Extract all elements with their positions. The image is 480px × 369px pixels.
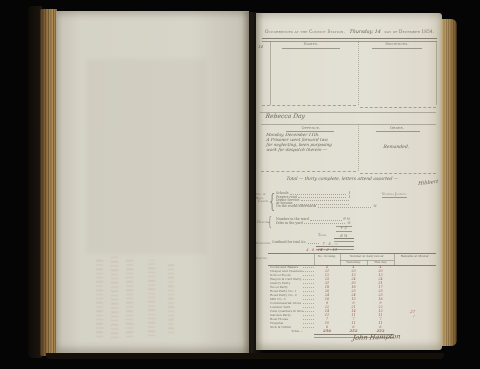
- totals-yesterday: 252: [340, 328, 367, 333]
- dotted-leader: [310, 220, 341, 221]
- ledger-photograph: Occurrences at the Convict Station, Thur…: [0, 0, 480, 369]
- right-margin-rule: [436, 41, 437, 105]
- header-printed-left: Occurrences at the Convict Station,: [265, 29, 345, 34]
- names-column-header: Names.: [286, 42, 336, 46]
- dotted-leader: [303, 287, 314, 288]
- dotted-leader: [303, 267, 314, 268]
- muster-table-body: Cooks and Bakers444Chapel and Cleaners21…: [268, 265, 436, 329]
- accounts-group1: Schools1 Prayers read1 Divine Service At…: [276, 192, 350, 208]
- accounts-carry-value: + 3: [340, 226, 347, 230]
- show-through-column: [168, 263, 174, 333]
- page-header: Occurrences at the Convict Station, Thur…: [265, 29, 437, 35]
- accounts-group2: Number in the ward9 ½ Ditto in the yard½: [276, 218, 350, 225]
- show-through-column: [148, 260, 155, 336]
- brace-icon: {: [269, 192, 276, 212]
- offence-column-header: Offence.: [286, 126, 336, 130]
- dotted-leader: [303, 303, 314, 304]
- book-gutter-shadow: [242, 12, 264, 353]
- gang-column-header: No. in Gang.: [314, 255, 340, 258]
- muster-totals-row: Total — 256 252 252: [268, 329, 436, 333]
- account-item-label: Confined for trial &c.: [272, 240, 307, 244]
- dotted-leader: [303, 271, 314, 272]
- dotted-leader: [303, 295, 314, 296]
- account-item-label: Ditto in the yard: [276, 221, 303, 225]
- case-box-bottom-dash-right: [360, 173, 436, 174]
- dotted-leader: [303, 283, 314, 284]
- accounts-sum-rule: [336, 231, 352, 232]
- case-box-divider: [358, 124, 359, 171]
- check-icon: ✓: [412, 314, 415, 318]
- remarks-column-header: Remarks at Muster.: [394, 255, 436, 258]
- book-fore-edge: [441, 19, 457, 346]
- dotted-leader: [290, 194, 346, 195]
- book-page-stack-left: [40, 9, 57, 356]
- today-subheader: This day.: [367, 261, 394, 264]
- summary-line: Total — thirty complete, letters attend …: [286, 177, 398, 182]
- dotted-leader: [303, 319, 314, 320]
- header-handwritten-day: Thursday, 14: [349, 30, 381, 35]
- official-signature: John Hampton: [352, 332, 401, 342]
- dotted-leader: [318, 207, 371, 208]
- totals-label: Total —: [268, 329, 303, 333]
- dotted-leader: [303, 275, 314, 276]
- order-note: Remanded.: [383, 145, 409, 150]
- order-column-header: Order.: [376, 126, 418, 130]
- sentences-header-underline: [372, 48, 422, 49]
- account-item-value: ¼: [373, 204, 377, 208]
- account-item-label: On the works afterwards: [276, 204, 316, 208]
- account-item-value: 1: [348, 195, 351, 199]
- dotted-leader: [303, 279, 314, 280]
- margin-rule: [270, 41, 271, 105]
- offence-line: work for despatch therein —: [266, 147, 328, 152]
- order-header-underline: [376, 131, 420, 132]
- account-item-value: ½: [347, 221, 351, 225]
- brace-icon: {: [268, 216, 272, 229]
- dotted-leader: [303, 327, 314, 328]
- names-header-underline: [282, 48, 340, 49]
- record-box-divider: [358, 41, 359, 105]
- muster-table: No. in Gang. Number at daily labour. Yes…: [268, 253, 436, 335]
- dotted-leader: [303, 307, 314, 308]
- accounts-total-label: Total: [318, 233, 327, 237]
- show-through-column: [126, 257, 133, 337]
- yesterday-subheader: Yesterday.: [340, 261, 367, 264]
- span-column-header: Number at daily labour.: [340, 255, 394, 258]
- header-printed-right: day of December 1854.: [384, 29, 434, 34]
- muster-note-above: 4 . 8 . 41: [306, 248, 322, 252]
- totals-gang: 256: [314, 328, 340, 333]
- record-box-bottom-dash-right: [360, 107, 436, 108]
- accounts-group3: Confined for trial &c.: [272, 241, 320, 244]
- dotted-leader: [301, 200, 349, 201]
- case-box-bottom-dash-left: [261, 171, 356, 172]
- muster-row-label: Sick & Infirm: [268, 325, 303, 329]
- show-through-column: [111, 254, 118, 338]
- book-cover-bottom-edge: [46, 353, 444, 359]
- show-through-column: [96, 257, 103, 337]
- dotted-leader: [298, 197, 346, 198]
- dotted-leader: [308, 243, 318, 244]
- prisoner-name-entry: Rebecca Day: [265, 113, 305, 120]
- show-through-smudge: [86, 59, 206, 254]
- dotted-leader: [304, 223, 345, 224]
- dotted-leader: [303, 299, 314, 300]
- record-box-bottom-dash-left: [262, 105, 356, 106]
- blank-left-page: [56, 11, 249, 353]
- ledger-form-page: Occurrences at the Convict Station, Thur…: [256, 13, 442, 350]
- dotted-leader: [303, 315, 314, 316]
- dotted-leader: [303, 323, 314, 324]
- summary-signature: Hibbert: [418, 179, 438, 187]
- sentences-column-header: Sentences.: [374, 42, 420, 46]
- dotted-leader: [303, 311, 314, 312]
- visiting-justice-label: Visiting Justice.: [382, 192, 407, 198]
- dotted-leader: [303, 291, 314, 292]
